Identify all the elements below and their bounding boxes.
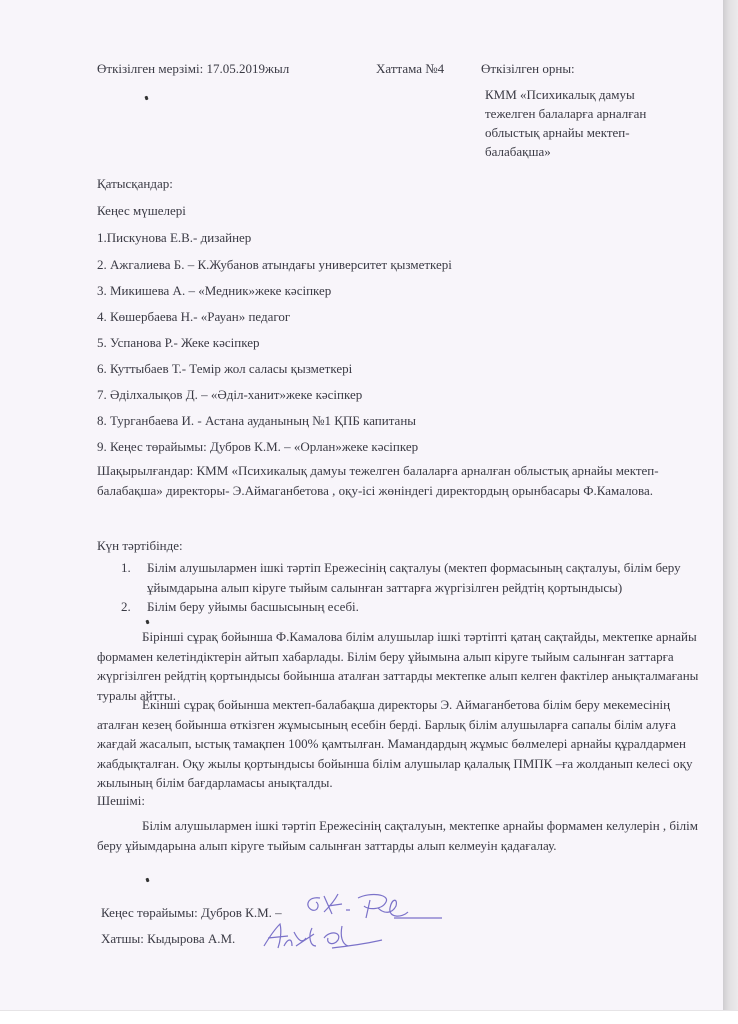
secretary-signature-line: Хатшы: Кыдырова А.М. [101,930,235,947]
member-item: 2. Ажгалиева Б. – К.Жубанов атындағы уни… [97,256,452,273]
secretary-signature-icon [258,916,388,956]
chair-signature-line: Кеңес төрайымы: Дубров К.М. – [101,904,282,921]
agenda-item-number: 2. [121,597,131,617]
document-page: Өткізілген мерзімі: 17.05.2019жыл Хаттам… [0,0,723,1010]
agenda-item-number: 1. [121,558,131,578]
invited-paragraph: Шақырылғандар: КММ «Психикалық дамуы теж… [97,461,707,500]
agenda-item: 2. Білім беру уйымы басшысының есебі. [121,597,706,617]
agenda-item: 1. Білім алушылармен ішкі тәртіп Ережесі… [121,558,706,597]
second-question-paragraph: Екінші сұрақ бойынша мектеп-балабақша ди… [97,695,707,793]
scan-speck [145,620,149,625]
scan-speck [145,878,149,883]
member-item: 4. Көшербаева Н.- «Рауан» педагог [97,308,290,325]
member-item: 9. Кеңес төрайымы: Дубров К.М. – «Орлан»… [97,438,418,455]
decision-title: Шешімі: [97,792,145,809]
scan-edge-bottom [0,1010,738,1024]
scan-speck [144,96,148,101]
council-members-title: Кеңес мүшелері [97,202,186,219]
decision-paragraph: Білім алушылармен ішкі тәртіп Ережесінің… [97,816,707,855]
participants-title: Қатысқандар: [97,175,173,192]
member-item: 8. Турганбаева И. - Астана ауданының №1 … [97,412,416,429]
member-item: 5. Успанова Р.- Жеке кәсіпкер [97,334,259,351]
member-item: 1.Пискунова Е.В.- дизайнер [97,229,251,246]
member-item: 7. Әділхалықов Д. – «Әділ-ханит»жеке кәс… [97,386,362,403]
meeting-place-label: Өткізілген орны: [481,60,575,77]
first-question-paragraph: Бірінші сұрақ бойынша Ф.Камалова білім а… [97,627,707,705]
scan-edge-right [723,0,738,1010]
protocol-number: Хаттама №4 [376,60,444,77]
meeting-date: Өткізілген мерзімі: 17.05.2019жыл [97,60,289,77]
meeting-place-text: КММ «Психикалық дамуы тежелген балаларға… [485,85,675,161]
agenda-item-text: Білім алушылармен ішкі тәртіп Ережесінің… [147,560,681,595]
agenda-title: Күн тәртібінде: [97,537,183,554]
agenda-list: 1. Білім алушылармен ішкі тәртіп Ережесі… [121,558,706,617]
member-item: 3. Микишева А. – «Медник»жеке кәсіпкер [97,282,331,299]
agenda-item-text: Білім беру уйымы басшысының есебі. [147,599,359,614]
member-item: 6. Куттыбаев Т.- Темір жол саласы қызмет… [97,360,352,377]
